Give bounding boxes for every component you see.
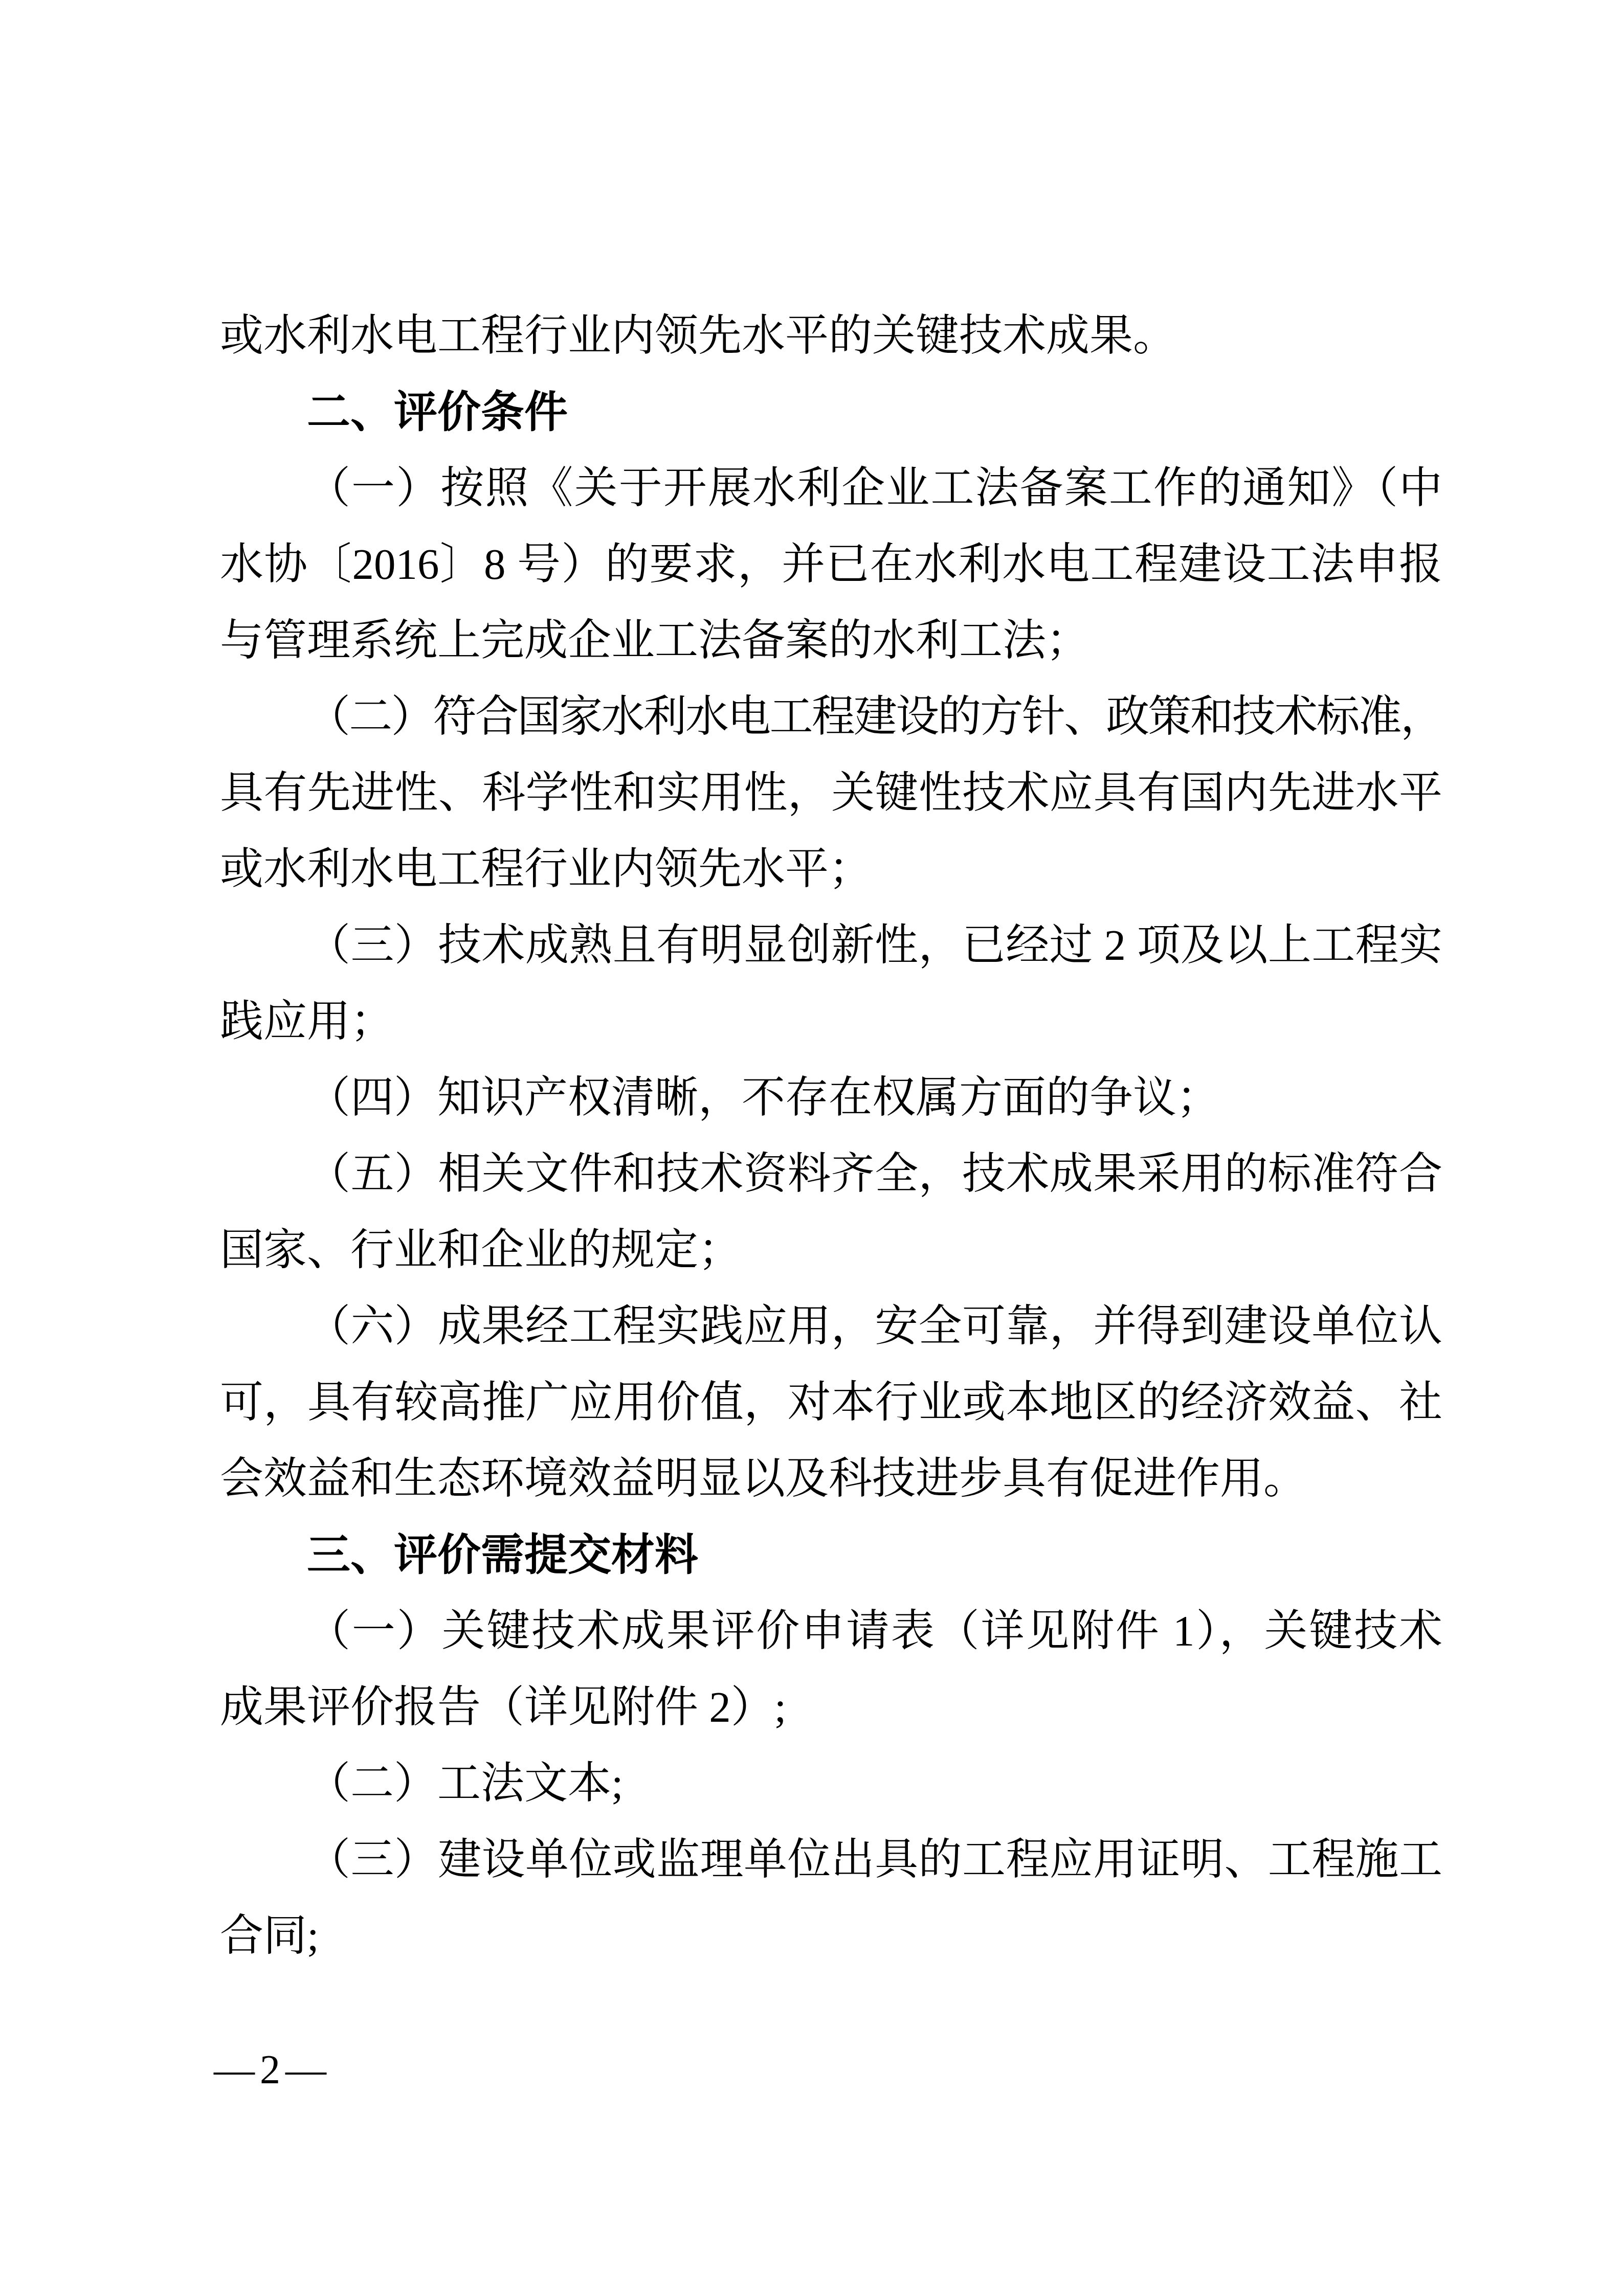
body-text-line: （四）知识产权清晰，不存在权属方面的争议；	[220, 1060, 1442, 1136]
document-body: 或水利水电工程行业内领先水平的关键技术成果。 二、评价条件 （一）按照《关于开展…	[220, 298, 1442, 1974]
body-text-line: （二）工法文本;	[220, 1746, 1442, 1822]
body-text-line: 可，具有较高推广应用价值，对本行业或本地区的经济效益、社	[220, 1365, 1442, 1441]
body-text-line: （三）技术成熟且有明显创新性，已经过 2 项及以上工程实	[220, 908, 1442, 984]
body-text-line: 会效益和生态环境效益明显以及科技进步具有促进作用。	[220, 1441, 1442, 1517]
body-text-line: （一）按照《关于开展水利企业工法备案工作的通知》（中	[220, 451, 1442, 527]
body-text-line: 或水利水电工程行业内领先水平；	[220, 831, 1442, 908]
body-text-line: 与管理系统上完成企业工法备案的水利工法；	[220, 603, 1442, 679]
body-text-line: （六）成果经工程实践应用，安全可靠，并得到建设单位认	[220, 1289, 1442, 1365]
body-text-line: （一）关键技术成果评价申请表（详见附件 1），关键技术	[220, 1593, 1442, 1670]
body-text-line: 国家、行业和企业的规定；	[220, 1212, 1442, 1289]
section-heading: 三、评价需提交材料	[220, 1517, 1442, 1593]
section-heading: 二、评价条件	[220, 374, 1442, 451]
body-text-line: 水协〔2016〕8 号）的要求，并已在水利水电工程建设工法申报	[220, 527, 1442, 603]
body-text-line: 或水利水电工程行业内领先水平的关键技术成果。	[220, 298, 1442, 374]
body-text-line: （二）符合国家水利水电工程建设的方针、政策和技术标准，	[220, 679, 1442, 755]
body-text-line: 具有先进性、科学性和实用性，关键性技术应具有国内先进水平	[220, 755, 1442, 831]
body-text-line: 合同;	[220, 1898, 1442, 1974]
body-text-line: 践应用；	[220, 984, 1442, 1060]
body-text-line: （三）建设单位或监理单位出具的工程应用证明、工程施工	[220, 1822, 1442, 1898]
body-text-line: 成果评价报告（详见附件 2）;	[220, 1670, 1442, 1746]
page-number: —2—	[214, 2050, 331, 2090]
document-page: 或水利水电工程行业内领先水平的关键技术成果。 二、评价条件 （一）按照《关于开展…	[0, 0, 1624, 2296]
body-text-line: （五）相关文件和技术资料齐全，技术成果采用的标准符合	[220, 1136, 1442, 1212]
